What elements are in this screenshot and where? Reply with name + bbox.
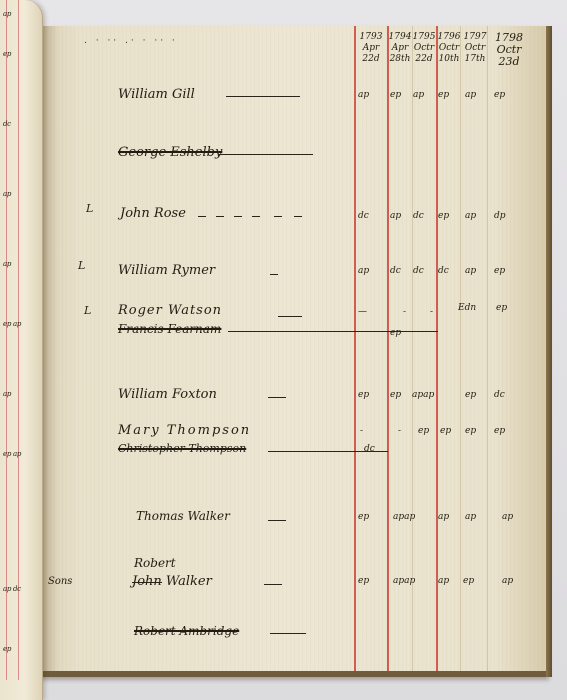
ledger-page: . · ·· .· · ·· · 1793 Apr 22d 1794 Apr 2…: [38, 26, 546, 677]
entry-mark: ap: [358, 90, 369, 100]
entry-mark: dc: [413, 211, 424, 221]
left-page-mark: ap: [3, 390, 11, 398]
header-year: 1797: [461, 32, 489, 43]
entry-mark: ep: [418, 426, 429, 436]
column-header-1795: 1795 Octr 22d: [412, 32, 436, 65]
column-header-1797: 1797 Octr 17th: [461, 32, 489, 65]
entry-mark: -: [398, 426, 401, 436]
leader-line: [268, 520, 286, 521]
entry-mark: dc: [358, 211, 369, 221]
entry-name: William Rymer: [118, 263, 215, 278]
entry-mark: ap: [465, 211, 476, 221]
leader-dash: [270, 274, 278, 275]
column-rule-red: [387, 26, 389, 671]
entry-mark: ep: [496, 303, 507, 313]
header-month: Octr: [437, 43, 461, 54]
entry-mark: ep: [390, 390, 401, 400]
entry-mark: -: [403, 307, 406, 317]
entry-mark: apap: [393, 512, 415, 522]
header-year: 1796: [437, 32, 461, 43]
entry-mark: ep: [494, 90, 505, 100]
left-facing-page: ap ep dc ap ap ep ap ap ep ap ap dc ep: [0, 0, 43, 700]
header-day: 17th: [461, 54, 489, 65]
entry-mark: -: [430, 307, 433, 317]
left-page-mark: ap: [3, 190, 11, 198]
entry-mark: ap: [465, 266, 476, 276]
entry-mark: dc: [413, 266, 424, 276]
entry-mark: —: [358, 307, 367, 317]
entry-mark: ap: [390, 211, 401, 221]
column-rule-faint: [412, 26, 413, 671]
column-rule-faint: [487, 26, 488, 671]
ink-specks: . · ·· .· · ·· ·: [84, 36, 178, 46]
entry-name: Mary Thompson: [118, 423, 251, 438]
entry-mark: ep: [463, 576, 474, 586]
entry-name: Thomas Walker: [136, 509, 230, 523]
entry-mark: ep: [358, 576, 369, 586]
left-page-red-rule: [18, 0, 19, 680]
left-page-mark: ap: [3, 10, 11, 18]
leader-dash: [274, 216, 282, 217]
margin-tick: L: [84, 304, 91, 317]
header-day: 23d: [492, 56, 526, 68]
header-month: Apr: [356, 43, 386, 54]
entry-name-struck: Francis Fearnam: [118, 322, 221, 336]
entry-mark: ep: [465, 426, 476, 436]
left-page-red-rule: [6, 0, 7, 680]
leader-dash: [252, 216, 260, 217]
entry-mark: ep: [438, 211, 449, 221]
header-year: 1795: [412, 32, 436, 43]
margin-tick: L: [86, 202, 93, 215]
entry-mark: ap: [502, 576, 513, 586]
entry-mark: dc: [494, 390, 505, 400]
entry-mark: ep: [494, 266, 505, 276]
entry-mark: ap: [413, 90, 424, 100]
header-month: Octr: [461, 43, 489, 54]
entry-name-insert: Robert: [134, 556, 176, 570]
entry-mark: ep: [465, 390, 476, 400]
header-year: 1793: [356, 32, 386, 43]
entry-mark: dp: [494, 211, 506, 221]
header-day: 22d: [412, 54, 436, 65]
entry-mark: Edn: [458, 303, 476, 313]
leader-line: [268, 397, 286, 398]
entry-name-struck: George Eshelby: [118, 145, 222, 160]
margin-note: Sons: [48, 576, 72, 587]
left-page-mark: ep ap: [3, 320, 21, 328]
column-rule-faint: [460, 26, 461, 671]
entry-mark: ep: [494, 426, 505, 436]
header-month: Apr: [387, 43, 413, 54]
entry-mark: ep: [390, 328, 401, 338]
strike-line: [270, 633, 306, 634]
entry-mark: dc: [438, 266, 449, 276]
strike-line: [132, 582, 162, 583]
column-rule-red: [436, 26, 438, 671]
leader-line: [226, 96, 300, 97]
column-header-1798: 1798 Octr 23d: [492, 32, 526, 68]
column-header-1796: 1796 Octr 10th: [437, 32, 461, 65]
leader-line: [264, 584, 282, 585]
entry-name-struck: Christopher Thompson: [118, 442, 246, 455]
leader-dash: [294, 216, 302, 217]
column-rule-red: [354, 26, 356, 671]
leader-dash: [234, 216, 242, 217]
leader-dash: [198, 216, 206, 217]
leader-dash: [216, 216, 224, 217]
entry-name: Roger Watson: [118, 303, 222, 318]
entry-mark: dc: [364, 444, 375, 454]
strike-line: [218, 154, 313, 155]
entry-mark: ep: [440, 426, 451, 436]
entry-mark: ep: [390, 90, 401, 100]
entry-mark: ap: [502, 512, 513, 522]
entry-mark: ap: [438, 576, 449, 586]
header-year: 1794: [387, 32, 413, 43]
entry-name-struck: Robert Ambridge: [134, 624, 239, 638]
header-day: 28th: [387, 54, 413, 65]
entry-name: William Foxton: [118, 387, 217, 402]
left-page-mark: dc: [3, 120, 11, 128]
entry-mark: ap: [438, 512, 449, 522]
entry-mark: ep: [358, 512, 369, 522]
leader-line: [278, 316, 302, 317]
column-header-1793: 1793 Apr 22d: [356, 32, 386, 65]
entry-mark: ap: [465, 90, 476, 100]
entry-mark: -: [360, 426, 363, 436]
left-page-mark: ap dc: [3, 585, 21, 593]
entry-mark: ep: [358, 390, 369, 400]
entry-mark: apap: [393, 576, 415, 586]
strike-line: [228, 331, 438, 332]
column-header-1794: 1794 Apr 28th: [387, 32, 413, 65]
left-page-mark: ep ap: [3, 450, 21, 458]
entry-mark: ep: [438, 90, 449, 100]
entry-mark: ap: [358, 266, 369, 276]
left-page-mark: ap: [3, 260, 11, 268]
left-page-mark: ep: [3, 50, 11, 58]
header-month: Octr: [412, 43, 436, 54]
left-page-mark: ep: [3, 645, 11, 653]
entry-mark: apap: [412, 390, 434, 400]
margin-tick: L: [78, 259, 85, 272]
header-day: 22d: [356, 54, 386, 65]
entry-name: William Gill: [118, 87, 195, 102]
entry-name: John Rose: [120, 206, 186, 221]
entry-mark: dc: [390, 266, 401, 276]
entry-mark: ap: [465, 512, 476, 522]
header-day: 10th: [437, 54, 461, 65]
page-edge: [546, 26, 552, 677]
